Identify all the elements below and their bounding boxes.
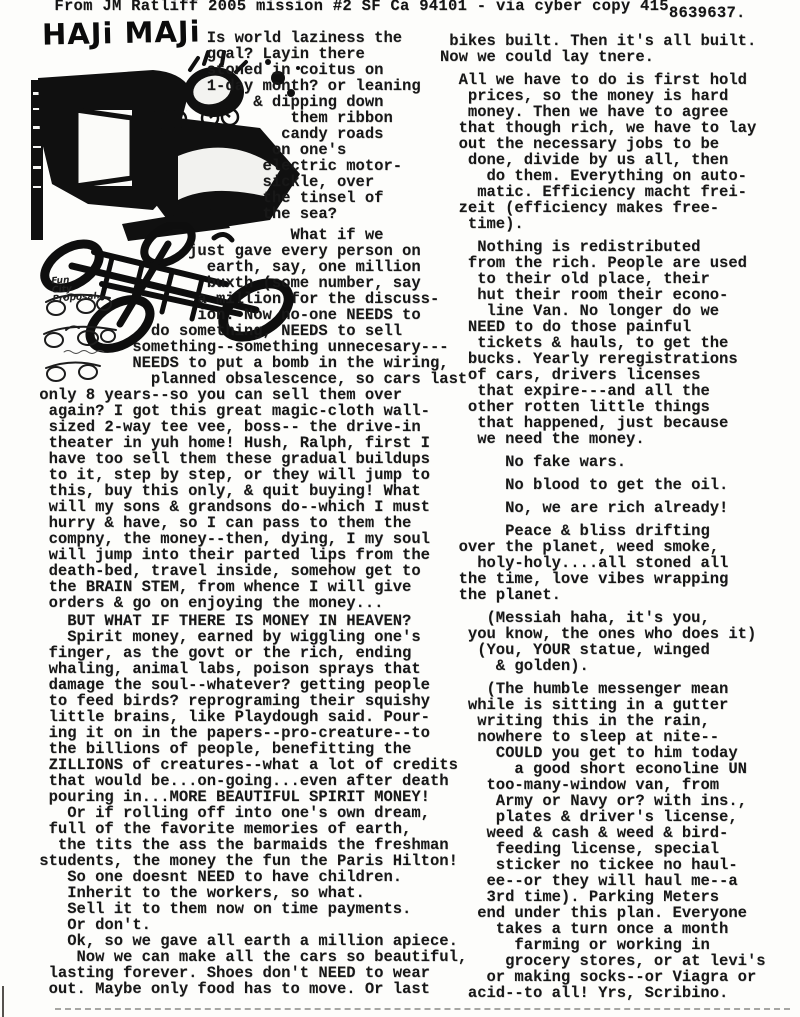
right-paragraph-1: bikes built. Then it's all built. Now we…: [440, 33, 798, 65]
left-paragraph-1: Is world laziness the goal? Layin there …: [30, 30, 482, 222]
header-text: From JM Ratliff 2005 mission #2 SF Ca 94…: [54, 0, 669, 15]
left-paragraph-3: BUT WHAT IF THERE IS MONEY IN HEAVEN? Sp…: [30, 613, 482, 997]
right-column: bikes built. Then it's all built. Now we…: [440, 33, 798, 1008]
right-paragraph-2: All we have to do is first hold prices, …: [440, 72, 798, 232]
photocopy-edge-mark: [2, 986, 4, 1017]
right-paragraph-4: No fake wars.: [440, 454, 798, 470]
left-column: Is world laziness the goal? Layin there …: [30, 30, 482, 1004]
right-paragraph-3: Nothing is redistributed from the rich. …: [440, 239, 798, 447]
header-phone: 8639637.: [669, 4, 746, 22]
right-paragraph-7: Peace & bliss drifting over the planet, …: [440, 523, 798, 603]
right-paragraph-9: (The humble messenger mean while is sitt…: [440, 681, 798, 1001]
header-line: From JM Ratliff 2005 mission #2 SF Ca 94…: [0, 0, 800, 16]
left-paragraph-2: What if we just gave every person on ear…: [30, 227, 482, 611]
right-paragraph-8: (Messiah haha, it's you, you know, the o…: [440, 610, 798, 674]
right-paragraph-6: No, we are rich already!: [440, 500, 798, 516]
zine-page: From JM Ratliff 2005 mission #2 SF Ca 94…: [0, 0, 800, 1017]
right-paragraph-5: No blood to get the oil.: [440, 477, 798, 493]
photocopy-bottom-rule: [55, 1008, 790, 1010]
